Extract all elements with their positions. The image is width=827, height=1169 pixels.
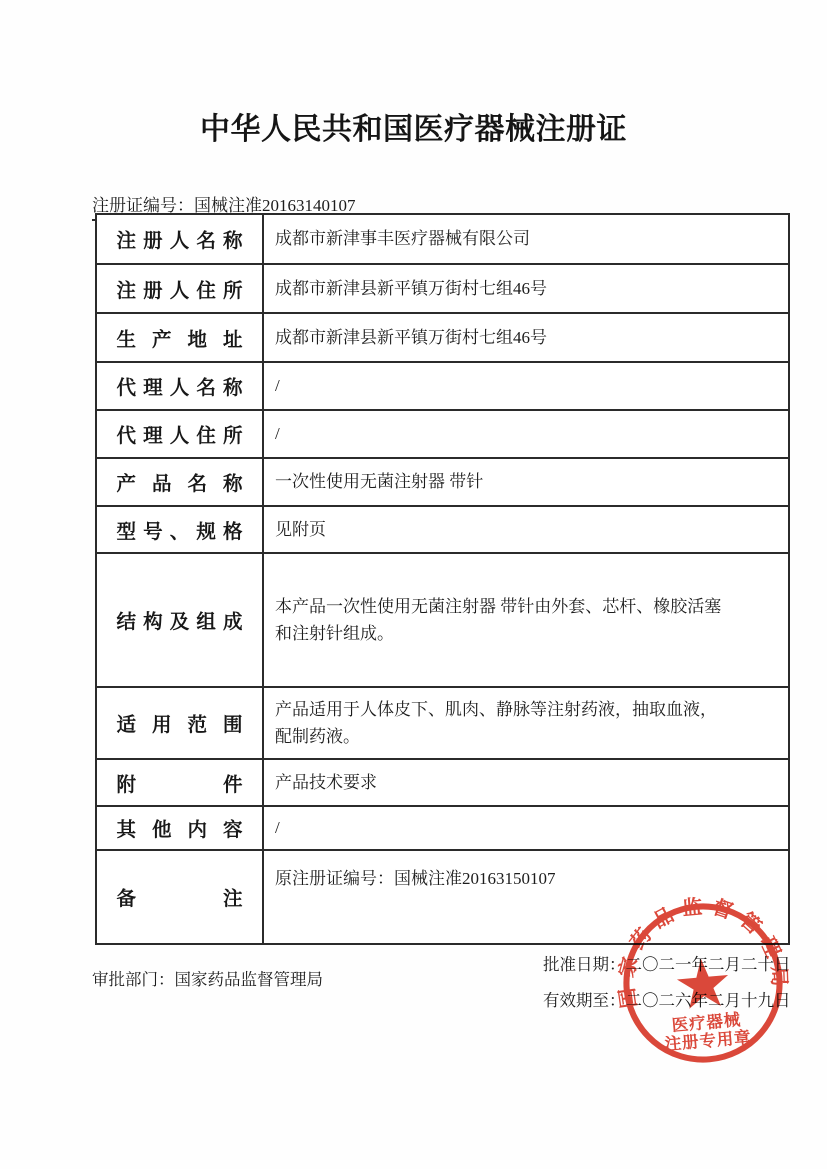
table-row-attachment: 附件 产品技术要求 (97, 760, 788, 807)
approval-department-line: 审批部门：国家药品监督管理局 (92, 966, 323, 990)
row-label: 备注 (97, 851, 264, 943)
row-value: 原注册证编号：国械注准20163150107 (264, 851, 788, 943)
row-label: 注册人住所 (97, 265, 264, 312)
table-row-scope-of-application: 适用范围 产品适用于人体皮下、肌肉、静脉等注射药液，抽取血液， 配制药液。 (97, 688, 788, 760)
valid-until-line: 有效期至：二〇二六年二月十九日 (543, 987, 791, 1011)
table-row-other-content: 其他内容 / (97, 807, 788, 851)
certificate-table: 注册人名称 成都市新津事丰医疗器械有限公司 注册人住所 成都市新津县新平镇万街村… (95, 213, 790, 945)
row-value: 成都市新津县新平镇万街村七组46号 (264, 265, 788, 312)
row-label: 生产地址 (97, 314, 264, 361)
row-value: / (264, 363, 788, 409)
row-value: 一次性使用无菌注射器 带针 (264, 459, 788, 505)
row-value: 见附页 (264, 507, 788, 552)
approval-department-label: 审批部门： (92, 970, 175, 989)
table-row-registrant-name: 注册人名称 成都市新津事丰医疗器械有限公司 (97, 215, 788, 265)
stamp-line1: 医疗器械 (671, 1009, 742, 1035)
row-label: 型号、规格 (97, 507, 264, 552)
row-value: 成都市新津县新平镇万街村七组46号 (264, 314, 788, 361)
row-value: 本产品一次性使用无菌注射器 带针由外套、芯杆、橡胶活塞 和注射针组成。 (264, 554, 788, 686)
valid-until-label: 有效期至： (543, 991, 626, 1010)
row-value: / (264, 807, 788, 849)
table-row-agent-address: 代理人住所 / (97, 411, 788, 459)
approval-date-value: 二〇二一年二月二十日 (626, 955, 791, 974)
row-label: 注册人名称 (97, 215, 264, 263)
page-title: 中华人民共和国医疗器械注册证 (0, 104, 827, 148)
row-value: 产品技术要求 (264, 760, 788, 805)
row-label: 代理人住所 (97, 411, 264, 457)
table-row-registrant-address: 注册人住所 成都市新津县新平镇万街村七组46号 (97, 265, 788, 314)
table-row-structure-composition: 结构及组成 本产品一次性使用无菌注射器 带针由外套、芯杆、橡胶活塞 和注射针组成… (97, 554, 788, 688)
valid-until-value: 二〇二六年二月十九日 (626, 991, 791, 1010)
row-label: 附件 (97, 760, 264, 805)
approval-department-value: 国家药品监督管理局 (175, 970, 324, 989)
row-value: 成都市新津事丰医疗器械有限公司 (264, 215, 788, 263)
row-label: 结构及组成 (97, 554, 264, 686)
table-row-product-name: 产品名称 一次性使用无菌注射器 带针 (97, 459, 788, 507)
certificate-page: 中华人民共和国医疗器械注册证 注册证编号：国械注准20163140107 注册人… (0, 0, 827, 1169)
row-label: 代理人名称 (97, 363, 264, 409)
table-row-production-address: 生产地址 成都市新津县新平镇万街村七组46号 (97, 314, 788, 363)
row-value: 产品适用于人体皮下、肌肉、静脉等注射药液，抽取血液， 配制药液。 (264, 688, 788, 758)
table-row-model-spec: 型号、规格 见附页 (97, 507, 788, 554)
row-label: 适用范围 (97, 688, 264, 758)
table-row-remark: 备注 原注册证编号：国械注准20163150107 (97, 851, 788, 943)
approval-date-label: 批准日期： (543, 955, 626, 974)
row-value: / (264, 411, 788, 457)
approval-date-line: 批准日期：二〇二一年二月二十日 (543, 951, 791, 975)
table-row-agent-name: 代理人名称 / (97, 363, 788, 411)
row-label: 产品名称 (97, 459, 264, 505)
row-label: 其他内容 (97, 807, 264, 849)
stamp-line2: 注册专用章 (664, 1027, 752, 1055)
